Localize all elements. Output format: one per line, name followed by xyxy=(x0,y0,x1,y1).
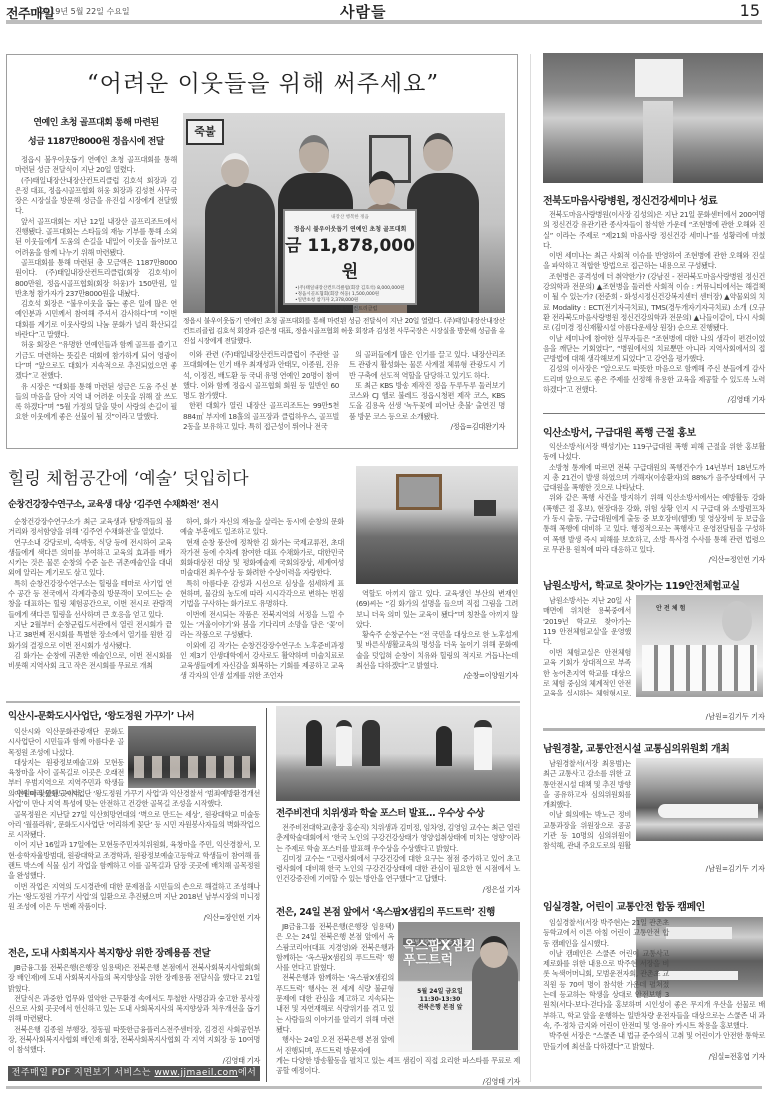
byline: /순창=이양원기자 xyxy=(356,671,518,681)
iksan-fire-body: 익산소방서(서장 백성기)는 119구급대원 폭행 피해 근절을 위한 홍보활동… xyxy=(543,442,765,566)
paragraph: 전북도마음사랑병원(이사장 김성의)은 지난 21일 문화센터에서 200여명의… xyxy=(543,210,765,251)
photo-spacer xyxy=(669,918,765,1000)
lead-body-mid: 이와 관련 (주)태일내장산컨트리클럽이 주관한 골프대회에는 인기 배우 최재… xyxy=(183,350,339,432)
food-truck-headline: 전은, 24일 본점 앞에서 ‘옥스팜X샘킴의 푸드트럭’ 진행 xyxy=(276,904,495,918)
paragraph: JB금융그룹 전북은행(은행장 임용택)은 전북은행 본점에서 전북사회복지사협… xyxy=(8,963,260,994)
paragraph: 역할도 아끼지 않고 있다. 교육생인 부산의 변재인(69)씨는 “김 화가의… xyxy=(356,589,518,630)
paragraph: 순창건강장수연구소가 최근 교육생과 탐방객들의 볼거리와 정서함양을 위해 ‘… xyxy=(8,517,172,538)
seminar-photo xyxy=(543,53,763,183)
imsil-police-headline: 임실경찰, 어린이 교통안전 합동 캠페인 xyxy=(543,898,765,913)
board-title: 정읍시 불우이웃돕기 연예인 초청 골프대회 xyxy=(285,224,415,233)
issue-date: 2019년 5월 22일 수요일 xyxy=(40,6,130,17)
paragraph: 또 최근 KBS 방송 제작진 정읍 두루두루 둘러보기 코스와 CJ 헬로 불… xyxy=(349,381,505,422)
group-faces xyxy=(134,756,250,778)
chef-head xyxy=(480,936,508,968)
paragraph: 전주비전대학교(총장 홍순직) 치위생과 김미정, 임차영, 김영임 교수는 최… xyxy=(276,823,520,854)
byline: /정은설 기자 xyxy=(276,885,520,895)
section-title: 사람들 xyxy=(340,1,386,22)
seminar-headline: 전북도마음사랑병원, 정신건강세미나 성료 xyxy=(543,192,765,207)
poster-date: 5월 24일 금요일 xyxy=(408,988,472,996)
paragraph: 앞서 골프대회는 지난 12일 내장산 골프리조트에서 진행됐다. 골프대회는 … xyxy=(15,217,177,258)
paragraph: 전북은행과 함께하는 ‘옥스팜X샘킴의 푸드트럭’ 행사는 전 세계 식량 불균… xyxy=(276,973,394,1035)
banner-text: 전주매일 PDF 지면보기 서비스는 xyxy=(12,1068,155,1078)
paragraph: 이번 작업은 지역의 도시경관에 대한 문제점을 시민들의 손으로 해결하고 조… xyxy=(8,882,260,913)
board-orgs: 정읍시 내장산컨트리클럽 xyxy=(285,305,415,312)
paragraph: 한편 대회가 열린 내장산 골프리조트는 99만5천884㎡ 부지에 18홀의 … xyxy=(183,401,339,432)
byline: /익산=정인헌 기자 xyxy=(543,555,765,565)
board-line: •일반초청 참가자 2,378,000원 xyxy=(285,297,415,303)
paragraph: 익산시와 익산문화관광재단 문화도시사업단이 시민들과 함께 아름다운 골목정원… xyxy=(8,727,124,758)
paragraph: 김미정 교수는 “고령사회에서 구강건강에 대한 요구는 점점 증가하고 있어 … xyxy=(276,854,520,885)
person-4 xyxy=(407,173,479,313)
paragraph: 전북은행 김종원 부행장, 정동필 따뜻한금융플러스전주센터장, 김경진 사회공… xyxy=(8,1025,260,1056)
food-truck-body-wrap: JB금융그룹 전북은행(은행장 임용택)은 오는 24일 전북은행 본점 앞에서… xyxy=(276,922,394,1056)
paragraph: 연구소내 강당로비, 숙박동, 식당 등에 전시하여 교육생들에게 색다른 의미… xyxy=(8,538,172,579)
person-2-head xyxy=(299,135,329,173)
paragraph: 이번 세미나는 최근 사회적 이슈를 반영하여 조현병에 관한 오해와 진실을 … xyxy=(543,251,765,272)
page-number: 15 xyxy=(740,1,760,20)
divider xyxy=(6,701,520,703)
paragraph: (주)태일내장산내장산컨트리클럽 김호석 회장과 김은정 대표, 정읍시골프협회… xyxy=(15,176,177,217)
namwon-fire-headline: 남원소방서, 학교로 찾아가는 119안전체험교실 xyxy=(543,577,765,592)
paragraph: 특히 아름다운 감성과 시선으로 심상을 섬세하게 표현하며, 물감의 농도에 … xyxy=(180,579,344,610)
jb-welfare-body: JB금융그룹 전북은행(은행장 임용택)은 전북은행 본점에서 전북사회복지사협… xyxy=(8,963,260,1066)
paragraph: 골목정원은 지난달 27일 익산희망연대의 ‘벽으로 만드는 세상’, 원광대학… xyxy=(8,810,260,841)
iksan-garden-body: 이에 따라 문화도시사업단 ‘왕도정원 가꾸기 사업’과 익산경찰서 ‘범죄예방… xyxy=(8,789,260,923)
divider xyxy=(543,728,765,731)
poster-title: 옥스팜X샘킴 푸드트럭 xyxy=(403,940,483,968)
byline: /남원=김기두 기자 xyxy=(543,864,765,874)
dental-photo xyxy=(276,706,520,801)
children-group xyxy=(642,645,757,691)
lead-body-right: 의 골퍼들에게 많은 인기를 끌고 있다. 내장산리조트 관광지 활성화는 물론… xyxy=(349,350,505,432)
center-aisle xyxy=(643,101,673,183)
paragraph: 익산소방서(서장 백성기)는 119구급대원 폭행 피해 근절을 위한 홍보활동… xyxy=(543,442,765,463)
namwon-fire-body-wrap: 남원소방서는 지난 20일 사매면에 위치한 용북중에서 '2019년 학교로 … xyxy=(543,596,631,647)
iksan-garden-photo xyxy=(128,726,256,788)
board-amount: 금 11,878,000 원 xyxy=(285,233,415,285)
healing-body-col2: 하여, 화가 자신의 재능을 살리는 동시에 순창의 문화예술 부흥에도 일조하… xyxy=(180,517,344,702)
poster-place: 전북은행 본점 앞 xyxy=(408,1004,472,1012)
namwon-fire-body: 이번 체험교실은 안전체험 교육 기회가 상대적으로 부족한 농어촌지역 학교를… xyxy=(543,648,631,696)
lead-subhead-line2: 성금 1187만8000원 정읍시에 전달 xyxy=(15,133,177,151)
header-rule xyxy=(6,20,762,24)
paragraph: 행사는 24일 오전 전북은행 본점 앞에서 진행되며, 푸드트럭 방문자에 xyxy=(276,1035,394,1056)
paragraph: 조현병은 공격성에 더 취약한가? (강남진 - 전라북도마음사랑병원 정신건강… xyxy=(543,272,765,334)
lead-body-left: 정읍시 불우이웃돕기 연예인 초청 골프대회를 통해 마련된 성금 전달식이 지… xyxy=(15,155,177,423)
byline: /임실=전홍엽 기자 xyxy=(543,1052,765,1062)
paragraph: 게는 다양한 방송활동을 펼치고 있는 셰프 샘킴이 직접 요리한 파스타를 무… xyxy=(276,1056,520,1077)
paragraph: 이외에 김 작가는 순창건강장수연구소 노후준비과정인 제3기 인생대학에서 강… xyxy=(180,641,344,682)
namwon-fire-photo: 안 전 체 험 xyxy=(636,595,763,697)
person-4-head xyxy=(423,133,453,171)
imsil-police-body: 임실경찰서(서장 박주현)는 21일 관촌초등학교에서 이른 아침 어린이 교통… xyxy=(543,918,765,1062)
wall-calligraphy: 죽불 xyxy=(186,119,224,145)
healing-body-col1: 순창건강장수연구소가 최근 교육생과 탐방객들의 볼거리와 정서함양을 위해 ‘… xyxy=(8,517,172,702)
paragraph: 김성의 이사장은 “앞으로도 따뜻한 마음으로 함께해 주신 분들에게 감사드리… xyxy=(543,364,765,395)
paragraph: 이에 따라 문화도시사업단 ‘왕도정원 가꾸기 사업’과 익산경찰서 ‘범죄예방… xyxy=(8,789,260,810)
poster-title-line2: 푸드트럭 xyxy=(403,954,483,968)
paragraph: JB금융그룹 전북은행(은행장 임용택)은 오는 24일 전북은행 본점 앞에서… xyxy=(276,922,394,973)
namwon-police-headline: 남원경찰, 교통안전시설 교통심의위원회 개최 xyxy=(543,740,765,755)
paragraph: 김 화가는 순창에 귀촌한 예술인으로, 이번 전시회를 비롯해 지역사회 크고… xyxy=(8,651,172,672)
person-1-head xyxy=(221,153,249,187)
lead-photo-caption: 정읍시 불우이웃돕기 연예인 초청 골프대회를 통해 마련된 성금 전달식이 지… xyxy=(183,317,505,346)
lead-subhead-line1: 연예인 초청 골프대회 통해 마련된 xyxy=(15,113,177,133)
paragraph: 특히 순창건강장수연구소는 힐링을 테마로 사기업 연수 공간 등 전국에서 각… xyxy=(8,579,172,620)
byline: /김영태 기자 xyxy=(8,1056,260,1066)
meeting-table xyxy=(658,804,758,818)
poster-title-line1: 옥스팜X샘킴 xyxy=(403,940,483,954)
lead-story-box: “어려운 이웃들을 위해 써주세요” 연예인 초청 골프대회 통해 마련된 성금… xyxy=(6,54,518,449)
paragraph: 소방청 통계에 따르면 전북 구급대원의 폭행건수가 14년부터 18년도까지 … xyxy=(543,463,765,494)
site-link[interactable]: www.jjmaeil.com xyxy=(154,1068,238,1078)
paragraph: 박주현 서장은 “스쿨존 내 법규 준수의식 고취 및 어린이가 안전한 통학로… xyxy=(543,1031,765,1052)
jb-welfare-headline: 전은, 도내 사회복지사 복지향상 위한 장례용품 전달 xyxy=(8,945,210,959)
dental-body: 전주비전대학교(총장 홍순직) 치위생과 김미정, 임차영, 김영임 교수는 최… xyxy=(276,823,520,895)
paragraph: 이어 지난 16일과 17일에는 모현동주민자치위원회, 육창마을 주민, 익산… xyxy=(8,840,260,881)
mascot xyxy=(722,601,752,641)
column-rule xyxy=(266,708,267,1082)
healing-photo xyxy=(356,466,518,584)
paragraph: 김호석 회장은 “불우이웃을 돕는 좋은 일에 많은 연예인분과 시민께서 참여… xyxy=(15,299,177,340)
paragraph: 골프대회를 통해 마련된 총 모금액은 1187만8000원이다. (주)태일내… xyxy=(15,258,177,299)
paragraph: 지난 2월부터 순창군립도서관에서 열린 전시회가 끝나고 38번째 전시회를 … xyxy=(8,620,172,651)
food-truck-poster: 글로벌 식량위기 극복을 위한 옥스팜X샘킴 푸드트럭 5월 24일 금요일 1… xyxy=(398,922,520,1052)
poster-time: 11:30-13:30 xyxy=(408,996,472,1004)
paragraph: 이날 세미나에 참여한 실무자들은 “조현병에 대한 나의 생각이 편견이었음을… xyxy=(543,334,765,365)
healing-headline: 힐링 체험공간에 ‘예술’ 덧입히다 xyxy=(8,464,249,489)
food-truck-body: 게는 다양한 방송활동을 펼치고 있는 셰프 샘킴이 직접 요리한 파스타를 무… xyxy=(276,1056,520,1087)
paragraph: 현재 순창 풍산에 정착한 김 화가는 국제교류전, 초대작가전 등에 수차례 … xyxy=(180,538,344,579)
byline: /익산=장인헌 기자 xyxy=(8,913,260,923)
photo-banner-text: 안 전 체 험 xyxy=(656,603,685,612)
healing-subhead: 순창건강장수연구소, 교육생 대상 ‘김주연 수채화전’ 전시 xyxy=(8,497,218,510)
namwon-police-body: 남원경찰서(서장 최용범)는 최근 교통사고 감소를 위한 교통안전시설 대책 … xyxy=(543,759,631,851)
tv-screen xyxy=(474,500,496,516)
paragraph: 전달식은 과중한 업무와 열악한 근무환경 속에서도 투철한 사명감과 숭고한 … xyxy=(8,994,260,1025)
paragraph: 남원경찰서(서장 최용범)는 최근 교통사고 감소를 위한 교통안전시설 대책 … xyxy=(543,759,631,810)
paragraph: 이날 회의에는 박노근 정비 교통과장을 위원장으로 공공기관 등 10명의 심… xyxy=(543,810,631,851)
iksan-garden-headline: 익산시-문화도시사업단, ‘왕도정원 가꾸기’ 나서 xyxy=(8,708,194,722)
donation-board: 내장산 행복한 정읍 정읍시 불우이웃돕기 연예인 초청 골프대회 금 11,8… xyxy=(283,209,417,305)
pdf-service-banner: 전주매일 PDF 지면보기 서비스는 www.jjmaeil.com에서 xyxy=(8,1066,260,1081)
paragraph: 위와 같은 폭행 사건을 방지하기 위해 익산소방서에서는 예방활동 강화(폭행… xyxy=(543,493,765,555)
healing-body-col3: 역할도 아끼지 않고 있다. 교육생인 부산의 변재인(69)씨는 “김 화가의… xyxy=(356,589,518,682)
paragraph: 이번에 전시되는 작품은 전북지역의 서정을 느낄 수 있는 ‘겨울이야기’와 … xyxy=(180,610,344,641)
divider xyxy=(543,413,765,414)
namwon-police-photo xyxy=(636,758,763,841)
byline: /남원=김기두 기자 xyxy=(543,712,765,722)
banner-suffix: 에서 xyxy=(238,1068,256,1078)
paragraph: 허웅 회장은 “유명한 연예인들과 함께 골프를 즐기고 기금도 마련하는 뜻깊… xyxy=(15,340,177,381)
presenter xyxy=(474,720,492,770)
paragraph: 황숙주 순창군수는 “전 국민을 대상으로 한 노후설계 및 바른식생활교육의 … xyxy=(356,630,518,671)
lead-subhead: 연예인 초청 골프대회 통해 마련된 성금 1187만8000원 정읍시에 전달 xyxy=(15,113,177,151)
paragraph: 정읍시 불우이웃돕기 연예인 초청 골프대회를 통해 마련된 성금 전달식이 지… xyxy=(15,155,177,176)
student-2 xyxy=(336,720,352,766)
board-slogan: 내장산 행복한 정읍 xyxy=(285,214,415,220)
poster-schedule: 5월 24일 금요일 11:30-13:30 전북은행 본점 앞 xyxy=(408,988,472,1012)
lead-headline: “어려운 이웃들을 위해 써주세요” xyxy=(7,65,519,98)
paragraph: 이번 체험교실은 안전체험 교육 기회가 상대적으로 부족한 농어촌지역 학교를… xyxy=(543,648,631,696)
footer-rule xyxy=(6,1086,762,1089)
paragraph: 의 골퍼들에게 많은 인기를 끌고 있다. 내장산리조트 관광지 활성화는 물론… xyxy=(349,350,505,381)
dental-headline: 전주비전대 치위생과 학술 포스터 발표… 우수상 수상 xyxy=(276,805,484,819)
person-3-head xyxy=(369,171,395,205)
seminar-body: 전북도마음사랑병원(이사장 김성의)은 지난 21일 문화센터에서 200여명의… xyxy=(543,210,765,406)
paragraph: 하여, 화가 자신의 재능을 살리는 동시에 순창의 문화예술 부흥에도 일조하… xyxy=(180,517,344,538)
iksan-fire-headline: 익산소방서, 구급대원 폭행 근절 홍보 xyxy=(543,424,765,439)
student-1 xyxy=(306,720,322,766)
student-3 xyxy=(362,720,380,766)
projection-screen xyxy=(635,59,683,97)
column-rule xyxy=(530,54,531,1082)
byline: /정읍=김대완기자 xyxy=(349,422,505,432)
byline: /김영태 기자 xyxy=(543,395,765,405)
paragraph: 남원소방서는 지난 20일 사매면에 위치한 용북중에서 '2019년 학교로 … xyxy=(543,596,631,647)
paragraph: 이와 관련 (주)태일내장산컨트리클럽이 주관한 골프대회에는 인기 배우 최재… xyxy=(183,350,339,401)
painting-on-wall xyxy=(396,474,442,510)
paragraph: 유 시장은 “대회를 통해 마련된 성금은 도움 주신 분들의 마음을 담아 지… xyxy=(15,382,177,423)
person-1 xyxy=(205,183,275,313)
lead-photo: 죽불 내장산 행복한 정읍 정읍시 불우이웃돕기 연예인 초청 골프대회 금 1… xyxy=(183,113,505,313)
student-4 xyxy=(436,726,452,766)
